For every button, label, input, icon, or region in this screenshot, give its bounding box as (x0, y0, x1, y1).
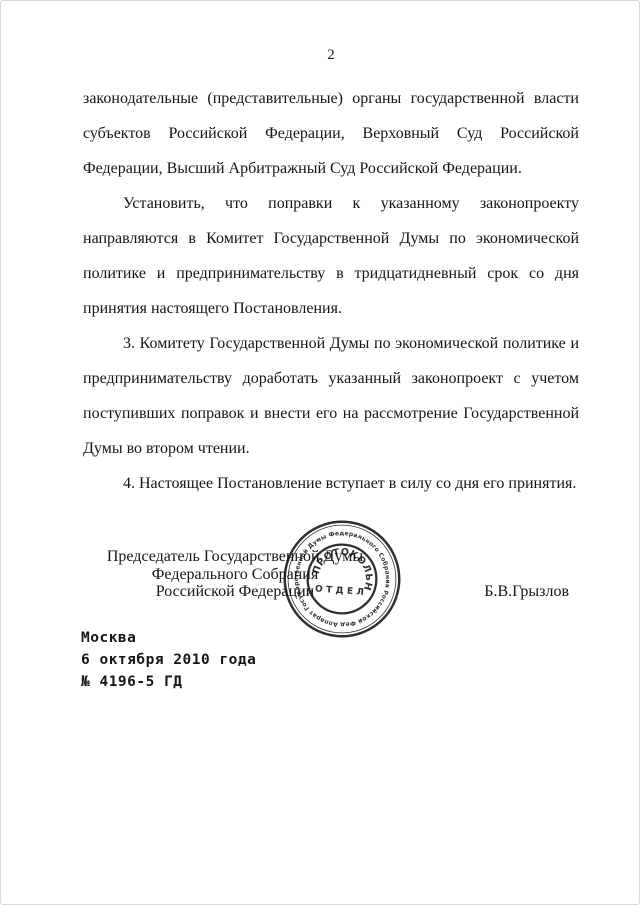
text-line: 3. Комитету Государственной Думы по экон… (83, 326, 579, 361)
document-page: 2 законодательные (представительные) орг… (0, 0, 640, 905)
text-line: поступивших поправок и внести его на рас… (83, 396, 579, 431)
stamp-center-text: ОТДЕЛ (315, 584, 368, 598)
signature-name: Б.В.Грызлов (484, 583, 569, 601)
text-line: Думы во втором чтении. (83, 431, 579, 466)
page-number: 2 (83, 47, 579, 64)
footer-city: Москва (81, 627, 256, 649)
paragraph: Установить, что поправки к указанному за… (83, 186, 579, 326)
paragraph: 4. Настоящее Постановление вступает в си… (83, 466, 579, 501)
footer-block: Москва 6 октября 2010 года № 4196-5 ГД (81, 627, 256, 693)
stamp-seal-graphic: Аппарат Государственной Думы Федеральног… (280, 517, 404, 641)
document-body: законодательные (представительные) орган… (83, 81, 579, 501)
text-line: принятия настоящего Постановления. (83, 291, 579, 326)
text-line: 4. Настоящее Постановление вступает в си… (83, 466, 579, 501)
paragraph: 3. Комитету Государственной Думы по экон… (83, 326, 579, 466)
text-line: законодательные (представительные) орган… (83, 81, 579, 116)
text-line: политике и предпринимательству в тридцат… (83, 256, 579, 291)
footer-number: № 4196-5 ГД (81, 671, 256, 693)
text-line: Федерации, Высший Арбитражный Суд Россий… (83, 151, 579, 186)
text-line: предпринимательству доработать указанный… (83, 361, 579, 396)
text-line: субъектов Российской Федерации, Верховны… (83, 116, 579, 151)
stamp-seal: Аппарат Государственной Думы Федеральног… (280, 517, 404, 641)
footer-date: 6 октября 2010 года (81, 649, 256, 671)
text-line: Установить, что поправки к указанному за… (83, 186, 579, 221)
text-line: направляются в Комитет Государственной Д… (83, 221, 579, 256)
paragraph: законодательные (представительные) орган… (83, 81, 579, 186)
